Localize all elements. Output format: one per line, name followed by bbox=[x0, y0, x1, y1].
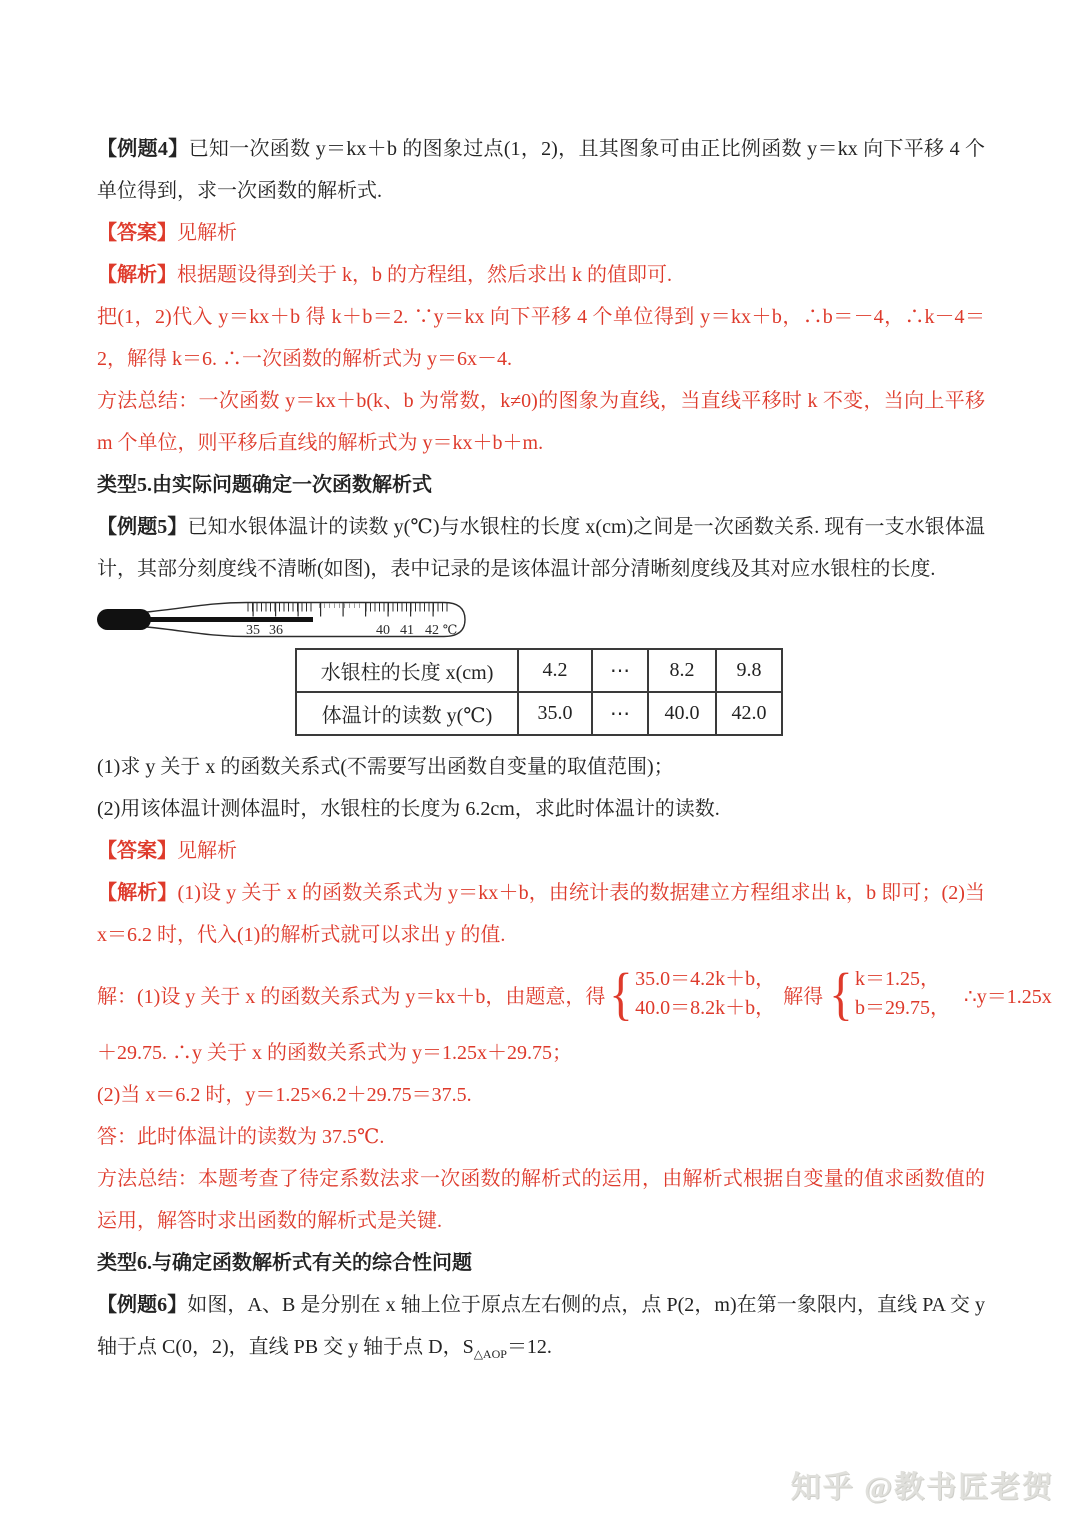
answer-label: 【答案】 bbox=[97, 222, 177, 244]
analysis-label: 【解析】 bbox=[97, 882, 178, 904]
row-header-length: 水银柱的长度 x(cm) bbox=[296, 649, 518, 692]
zhihu-watermark: 知乎 @教书匠老贺 bbox=[791, 1462, 1054, 1506]
cell-y-ellipsis: ⋯ bbox=[592, 692, 648, 735]
example4-problem: 【例题4】已知一次函数 y＝kx＋b 的图象过点(1，2)，且其图象可由正比例函… bbox=[97, 128, 985, 212]
example5-answer: 【答案】见解析 bbox=[97, 830, 985, 872]
analysis-label: 【解析】 bbox=[97, 264, 177, 286]
cell-y3: 42.0 bbox=[716, 692, 782, 735]
example5-answer-line: 答：此时体温计的读数为 37.5℃. bbox=[97, 1116, 985, 1158]
equation-2a: k＝1.25， bbox=[855, 965, 950, 994]
answer-text: 见解析 bbox=[177, 222, 237, 244]
conclusion-inline: ∴y＝1.25x bbox=[964, 980, 1052, 1009]
table-row: 体温计的读数 y(℃) 35.0 ⋯ 40.0 42.0 bbox=[296, 692, 782, 735]
example4-problem-text: 已知一次函数 y＝kx＋b 的图象过点(1，2)，且其图象可由正比例函数 y＝k… bbox=[97, 138, 985, 202]
scale-label-42: 42 bbox=[425, 623, 439, 638]
type6-heading: 类型6.与确定函数解析式有关的综合性问题 bbox=[97, 1242, 985, 1284]
solution-lead-text: 解：(1)设 y 关于 x 的函数关系式为 y＝kx＋b，由题意，得 bbox=[97, 980, 605, 1009]
answer-label: 【答案】 bbox=[97, 840, 177, 862]
scale-label-40: 40 bbox=[376, 623, 390, 638]
example5-problem: 【例题5】已知水银体温计的读数 y(℃)与水银柱的长度 x(cm)之间是一次函数… bbox=[97, 506, 985, 590]
example4-label: 【例题4】 bbox=[97, 138, 189, 160]
scale-label-41: 41 bbox=[400, 623, 414, 638]
cell-y2: 40.0 bbox=[648, 692, 716, 735]
cell-x-ellipsis: ⋯ bbox=[592, 649, 648, 692]
scale-label-36: 36 bbox=[269, 623, 283, 638]
example4-analysis: 【解析】根据题设得到关于 k，b 的方程组，然后求出 k 的值即可. bbox=[97, 254, 985, 296]
example6-label: 【例题6】 bbox=[97, 1294, 187, 1316]
row-header-reading: 体温计的读数 y(℃) bbox=[296, 692, 518, 735]
left-brace: { bbox=[609, 965, 633, 1023]
mercury-column bbox=[117, 617, 313, 622]
example4-solution: 把(1，2)代入 y＝kx＋b 得 k＋b＝2. ∵y＝kx 向下平移 4 个单… bbox=[97, 296, 985, 380]
triangle-subscript: △AOP bbox=[474, 1347, 507, 1361]
cell-x2: 8.2 bbox=[648, 649, 716, 692]
equation-1b: 40.0＝8.2k＋b， bbox=[635, 994, 775, 1023]
table-row: 水银柱的长度 x(cm) 4.2 ⋯ 8.2 9.8 bbox=[296, 649, 782, 692]
measurement-table: 水银柱的长度 x(cm) 4.2 ⋯ 8.2 9.8 体温计的读数 y(℃) 3… bbox=[295, 648, 783, 736]
example5-label: 【例题5】 bbox=[97, 516, 188, 538]
cell-x1: 4.2 bbox=[518, 649, 592, 692]
left-brace: { bbox=[829, 965, 853, 1023]
equation-1a: 35.0＝4.2k＋b， bbox=[635, 965, 775, 994]
type5-heading: 类型5.由实际问题确定一次函数解析式 bbox=[97, 464, 985, 506]
analysis-text: (1)设 y 关于 x 的函数关系式为 y＝kx＋b，由统计表的数据建立方程组求… bbox=[97, 882, 985, 946]
answer-text: 见解析 bbox=[177, 840, 237, 862]
thermometer-illustration: 35 36 40 41 42 ℃ bbox=[97, 595, 497, 645]
equation-system-1: { 35.0＝4.2k＋b， 40.0＝8.2k＋b， bbox=[607, 965, 775, 1023]
cell-x3: 9.8 bbox=[716, 649, 782, 692]
example6-problem: 【例题6】如图，A、B 是分别在 x 轴上位于原点左右侧的点，点 P(2，m)在… bbox=[97, 1284, 985, 1375]
example5-analysis: 【解析】(1)设 y 关于 x 的函数关系式为 y＝kx＋b，由统计表的数据建立… bbox=[97, 872, 985, 956]
equation-system-2: { k＝1.25， b＝29.75， bbox=[827, 965, 950, 1023]
thermometer-figure: 35 36 40 41 42 ℃ bbox=[97, 595, 985, 645]
scale-label-35: 35 bbox=[246, 623, 260, 638]
example5-solution-step2: (2)当 x＝6.2 时，y＝1.25×6.2＋29.75＝37.5. bbox=[97, 1074, 985, 1116]
equation-2b: b＝29.75， bbox=[855, 994, 950, 1023]
example5-method-summary: 方法总结：本题考查了待定系数法求一次函数的解析式的运用，由解析式根据自变量的值求… bbox=[97, 1158, 985, 1242]
example6-problem-end: ＝12. bbox=[507, 1336, 552, 1358]
document-body: 【例题4】已知一次函数 y＝kx＋b 的图象过点(1，2)，且其图象可由正比例函… bbox=[97, 128, 985, 1375]
analysis-text: 根据题设得到关于 k，b 的方程组，然后求出 k 的值即可. bbox=[177, 264, 672, 286]
example4-method-summary: 方法总结：一次函数 y＝kx＋b(k、b 为常数，k≠0)的图象为直线，当直线平… bbox=[97, 380, 985, 464]
example5-solution-equations: 解：(1)设 y 关于 x 的函数关系式为 y＝kx＋b，由题意，得 { 35.… bbox=[97, 956, 985, 1032]
scale-unit-celsius: ℃ bbox=[443, 622, 458, 637]
example4-answer: 【答案】见解析 bbox=[97, 212, 985, 254]
example5-question2: (2)用该体温计测体温时，水银柱的长度为 6.2cm，求此时体温计的读数. bbox=[97, 788, 985, 830]
system-1-equations: 35.0＝4.2k＋b， 40.0＝8.2k＋b， bbox=[635, 965, 775, 1023]
system-2-equations: k＝1.25， b＝29.75， bbox=[855, 965, 950, 1023]
example5-question1: (1)求 y 关于 x 的函数关系式(不需要写出函数自变量的取值范围)； bbox=[97, 746, 985, 788]
example5-problem-text: 已知水银体温计的读数 y(℃)与水银柱的长度 x(cm)之间是一次函数关系. 现… bbox=[97, 516, 985, 580]
solve-label: 解得 bbox=[783, 980, 823, 1009]
cell-y1: 35.0 bbox=[518, 692, 592, 735]
example5-solution-continuation: ＋29.75. ∴y 关于 x 的函数关系式为 y＝1.25x＋29.75； bbox=[97, 1032, 985, 1074]
